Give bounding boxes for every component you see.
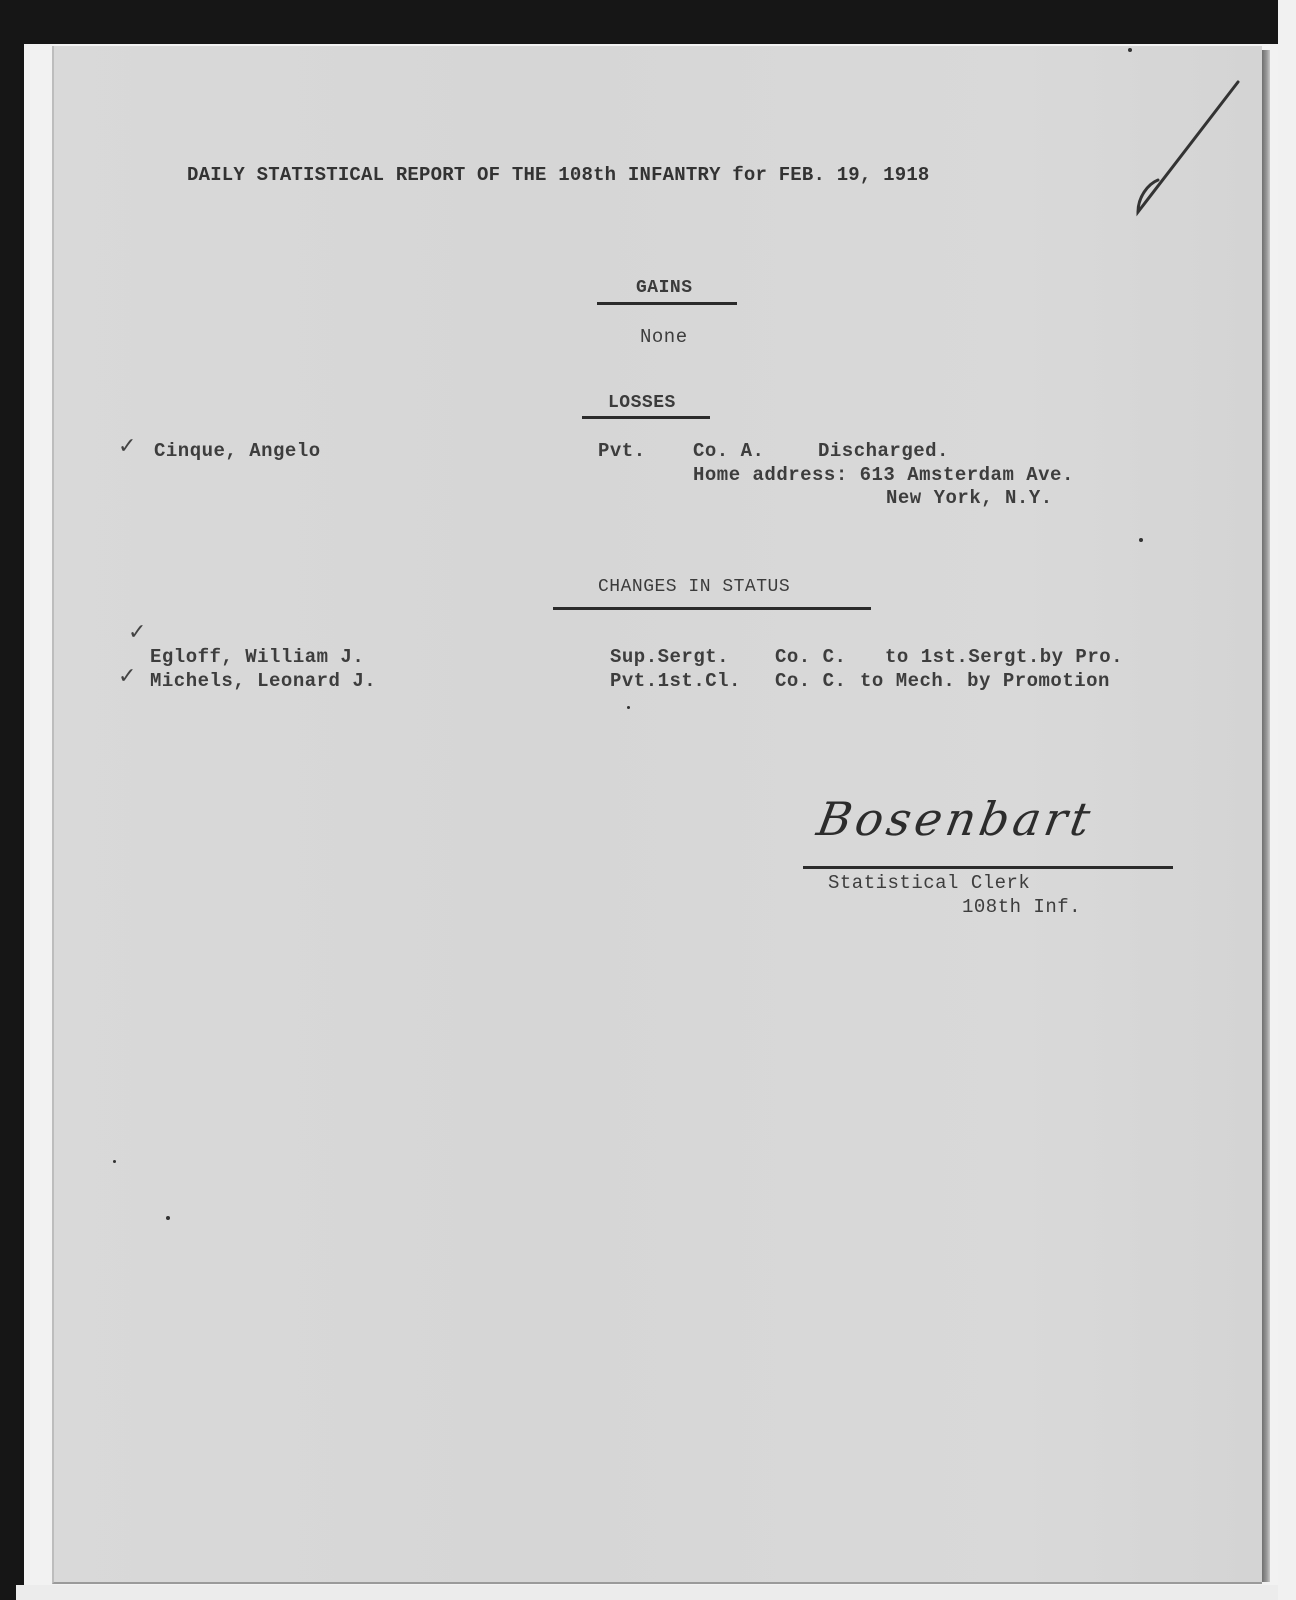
loss-entry-rank: Pvt.	[598, 440, 646, 462]
status-entry-name: Egloff, William J.	[150, 646, 364, 668]
status-entry-rank: Pvt.1st.Cl.	[610, 670, 741, 692]
page-edge-shadow	[1262, 50, 1270, 1582]
losses-heading: LOSSES	[608, 393, 676, 413]
checkmark-icon: ✓	[118, 434, 136, 459]
status-entry-change: to Mech. by Promotion	[860, 670, 1110, 692]
gains-underline	[597, 302, 737, 305]
scan-margin-bottom	[16, 1585, 1278, 1600]
signature-unit: 108th Inf.	[962, 896, 1081, 918]
scan-speck	[627, 706, 630, 709]
status-entry-company: Co. C.	[775, 646, 846, 668]
gains-heading: GAINS	[636, 278, 693, 298]
gains-content: None	[640, 326, 688, 348]
status-entry-change: to 1st.Sergt.by Pro.	[885, 646, 1123, 668]
changes-underline	[553, 607, 871, 610]
losses-underline	[582, 416, 710, 419]
scan-speck	[1128, 48, 1132, 52]
changes-heading: CHANGES IN STATUS	[598, 577, 790, 597]
loss-entry-company: Co. A.	[693, 440, 764, 462]
signature-title: Statistical Clerk	[828, 872, 1030, 894]
loss-entry-address-line1: Home address: 613 Amsterdam Ave.	[693, 464, 1074, 486]
status-entry-company: Co. C.	[775, 670, 846, 692]
loss-entry-action: Discharged.	[818, 440, 949, 462]
checkmark-icon: ✓	[118, 664, 136, 689]
loss-entry-name: Cinque, Angelo	[154, 440, 321, 462]
status-entry-rank: Sup.Sergt.	[610, 646, 729, 668]
scan-speck	[1139, 538, 1143, 542]
checkmark-icon: ✓	[128, 620, 146, 645]
report-title: DAILY STATISTICAL REPORT OF THE 108th IN…	[187, 164, 930, 186]
handwritten-signature: Bosenbart	[813, 792, 1098, 846]
large-checkmark-icon	[1128, 72, 1248, 222]
scan-margin-right	[1278, 0, 1296, 1600]
scan-speck	[166, 1216, 170, 1220]
scan-speck	[113, 1160, 116, 1163]
loss-entry-address-line2: New York, N.Y.	[886, 487, 1053, 509]
signature-line	[803, 866, 1173, 869]
status-entry-name: Michels, Leonard J.	[150, 670, 376, 692]
